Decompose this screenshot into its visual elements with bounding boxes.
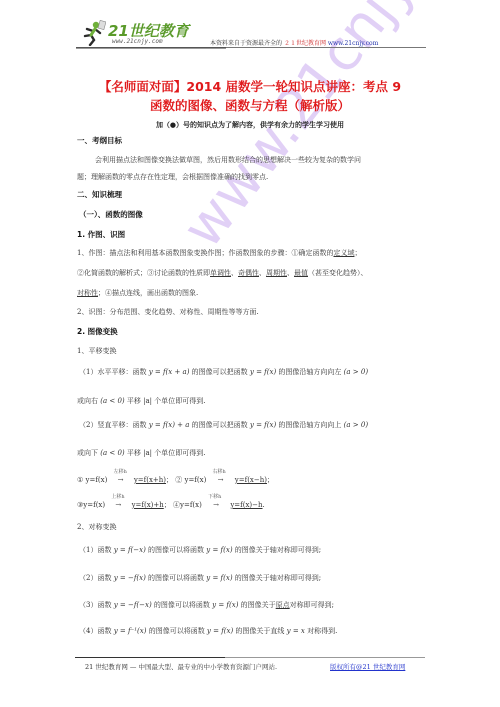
paragraph: 1、平移变换: [77, 346, 116, 356]
site-logo[interactable]: 21世纪教育 www.21cnjy.com: [80, 18, 200, 48]
math-expr: (a < 0): [100, 449, 124, 457]
footer-divider-right: [225, 657, 425, 658]
footer-copyright-link[interactable]: 版权所有@21 世纪教育网: [330, 662, 405, 671]
formula: y=f(x): [180, 501, 202, 509]
item-number: ①: [77, 476, 83, 484]
header-note-prefix: 本资料来自于资源最齐全的: [210, 40, 282, 47]
paragraph: 2、对称变换: [77, 522, 116, 532]
math-expr: (a > 0): [344, 368, 368, 376]
text: 的图像关于轴对称即可得到;: [233, 574, 322, 582]
text: 平移 |a| 个单位即可得到.: [125, 449, 206, 457]
text: ；: [164, 501, 171, 509]
text: 的图像关于: [238, 601, 275, 609]
header-divider-right: [226, 47, 426, 48]
arrow-label: 上移h: [111, 493, 124, 500]
arrow-label: 下移h: [208, 493, 221, 500]
text: ②化简函数的解析式；③讨论函数的性质即: [77, 269, 210, 277]
text: （2）竖直平移：函数: [79, 421, 149, 429]
text: ；: [267, 476, 274, 484]
math-expr: y = x: [287, 627, 305, 635]
paragraph: 对称性；④描点连线，画出函数的图象.: [77, 288, 198, 298]
paragraph: （4）函数 y = f⁻¹(x) 的图像可以将函数 y = f(x) 的图像关于…: [79, 626, 337, 636]
document-subtitle: 加（●）号的知识点为了解内容，供学有余力的学生学习使用: [0, 120, 500, 130]
text: （3）函数: [79, 601, 114, 609]
math-expr: y = f(x) + a: [149, 421, 190, 429]
footer-text: 21 世纪教育网 — 中国最大型、最专业的中小学教育资源门户网站.: [85, 662, 277, 671]
text: 对称即可得到;: [290, 601, 334, 609]
text: .: [263, 501, 265, 509]
paragraph: （2）函数 y = −f(x) 的图像可以将函数 y = f(x) 的图像关于轴…: [79, 573, 321, 583]
paragraph: 或向右 (a < 0) 平移 |a| 个单位即可得到.: [77, 396, 205, 406]
paragraph: 2、识图：分布范围、变化趋势、对称性、周期性等等方面.: [77, 307, 259, 317]
arrow-icon: 下移h→: [204, 501, 228, 509]
text: 、: [287, 269, 294, 277]
text: 对称得到.: [305, 627, 337, 635]
formula: y=f(x): [184, 476, 206, 484]
header-note: 本资料来自于资源最齐全的 ２１世纪教育网 www.21cnjy.com: [210, 38, 378, 47]
header-divider-shadow: [76, 48, 226, 49]
underlined-term: 原点: [276, 601, 290, 609]
shift-formula-row: ① y=f(x) 左移h→ y=f(x+h)； ② y=f(x) 右移h→ y=…: [77, 475, 274, 485]
text: 的图像沿轴方向向左: [276, 368, 343, 376]
paragraph: ②化简函数的解析式；③讨论函数的性质即单调性、奇偶性、周期性、最值（甚至变化趋势…: [77, 268, 368, 278]
section-heading-knowledge: 二、知识梳理: [77, 189, 122, 200]
formula-result: y=f(x)−h: [230, 501, 262, 509]
paragraph: 或向下 (a < 0) 平移 |a| 个单位即可得到.: [77, 448, 205, 458]
text: 的图像可以将函数: [146, 574, 206, 582]
runner-logo-icon: [80, 20, 106, 46]
header-note-url[interactable]: www.21cnjy.com: [328, 40, 378, 47]
paragraph: （1）水平平移：函数 y = f(x + a) 的图像可以把函数 y = f(x…: [79, 367, 368, 377]
text: 1、作图：描点法和利用基本函数图象变换作图；作函数图象的步骤：①确定函数的: [77, 249, 333, 257]
header-note-brand[interactable]: ２１世纪教育网: [284, 40, 326, 47]
math-expr: y = f(x): [206, 574, 232, 582]
text: 平移 |a| 个单位即可得到.: [125, 397, 206, 405]
arrow-icon: 上移h→: [107, 501, 129, 509]
arrow-icon: 右移h→: [209, 476, 233, 484]
formula-result: y=f(x+h): [134, 476, 166, 484]
math-expr: y = f(x + a): [149, 368, 190, 376]
math-expr: y = f(−x): [114, 546, 146, 554]
underlined-term: 定义域: [333, 249, 354, 257]
math-expr: y = −f(−x): [114, 601, 152, 609]
math-expr: y = −f(x): [114, 574, 146, 582]
paragraph: （1）函数 y = f(−x) 的图像可以将函数 y = f(x) 的图像关于轴…: [79, 545, 321, 555]
math-expr: (a > 0): [344, 421, 368, 429]
underlined-term: 对称性: [77, 289, 98, 297]
text: 、: [231, 269, 238, 277]
document-title: 【名师面对面】2014 届数学一轮知识点讲座：考点 9: [0, 77, 500, 95]
text: 的图像可以将函数: [146, 546, 206, 554]
math-expr: y = f(x): [207, 627, 233, 635]
item-heading-graph-transform: 2. 图像变换: [77, 326, 118, 337]
paragraph: 1、作图：描点法和利用基本函数图象变换作图；作函数图象的步骤：①确定函数的定义域…: [77, 248, 361, 258]
paragraph: （2）竖直平移：函数 y = f(x) + a 的图像可以把函数 y = f(x…: [79, 420, 368, 430]
formula-result: y=f(x−h): [235, 476, 267, 484]
paragraph: 题；理解函数的零点存在性定理，会根据图像准确的找到零点.: [77, 172, 268, 182]
text: （1）函数: [79, 546, 114, 554]
math-expr: y = f⁻¹(x): [114, 627, 147, 635]
text: 或向右: [77, 397, 100, 405]
text: 的图像可以把函数: [189, 421, 249, 429]
document-title-line2: 函数的图像、函数与方程（解析版）: [0, 96, 500, 114]
text: （甚至变化趋势）、: [308, 269, 368, 277]
underlined-term: 最值: [294, 269, 308, 277]
text: 的图像可以将函数: [152, 601, 212, 609]
text: 的图像可以把函数: [189, 368, 249, 376]
text: ；: [354, 249, 361, 257]
math-expr: y = f(x): [250, 421, 276, 429]
formula: y=f(x): [83, 501, 105, 509]
text: （1）水平平移：函数: [79, 368, 149, 376]
underlined-term: 单调性: [210, 269, 231, 277]
logo-url: www.21cnjy.com: [112, 38, 163, 45]
text: ；: [166, 476, 173, 484]
paragraph: 会利用描点法和图像变换法做草图，然后用数形结合的思想解决一些较为复杂的数学问: [95, 155, 361, 165]
text: 或向下: [77, 449, 100, 457]
math-expr: y = f(x): [206, 546, 232, 554]
arrow-label: 左移h: [114, 468, 127, 475]
text: 的图像关于轴对称即可得到;: [233, 546, 322, 554]
paragraph: （3）函数 y = −f(−x) 的图像可以将函数 y = f(x) 的图像关于…: [79, 600, 334, 610]
item-heading-draw-read: 1. 作图、识图: [77, 229, 125, 240]
math-expr: y = f(x): [250, 368, 276, 376]
item-number: ②: [175, 476, 182, 484]
shift-formula-row: ③y=f(x) 上移h→ y=f(x)+h； ④y=f(x) 下移h→ y=f(…: [77, 500, 265, 510]
math-expr: y = f(x): [212, 601, 238, 609]
math-expr: (a < 0): [100, 397, 124, 405]
formula: y=f(x): [86, 476, 108, 484]
text: （2）函数: [79, 574, 114, 582]
underlined-term: 周期性: [266, 269, 287, 277]
text: （4）函数: [79, 627, 114, 635]
text: ；④描点连线，画出函数的图象.: [98, 289, 198, 297]
text: 的图像关于直线: [233, 627, 286, 635]
section-heading-exam-goals: 一、考纲目标: [77, 135, 122, 146]
item-number: ④: [173, 501, 180, 509]
underlined-term: 奇偶性: [238, 269, 259, 277]
formula-result: y=f(x)+h: [132, 501, 164, 509]
text: 的图像可以将函数: [146, 627, 206, 635]
arrow-icon: 左移h→: [110, 476, 132, 484]
text: 、: [259, 269, 266, 277]
subsection-heading-function-graph: （一）、函数的图像: [79, 209, 143, 220]
footer-divider: [75, 657, 225, 658]
arrow-label: 右移h: [213, 468, 226, 475]
text: 的图像沿轴方向向上: [276, 421, 343, 429]
